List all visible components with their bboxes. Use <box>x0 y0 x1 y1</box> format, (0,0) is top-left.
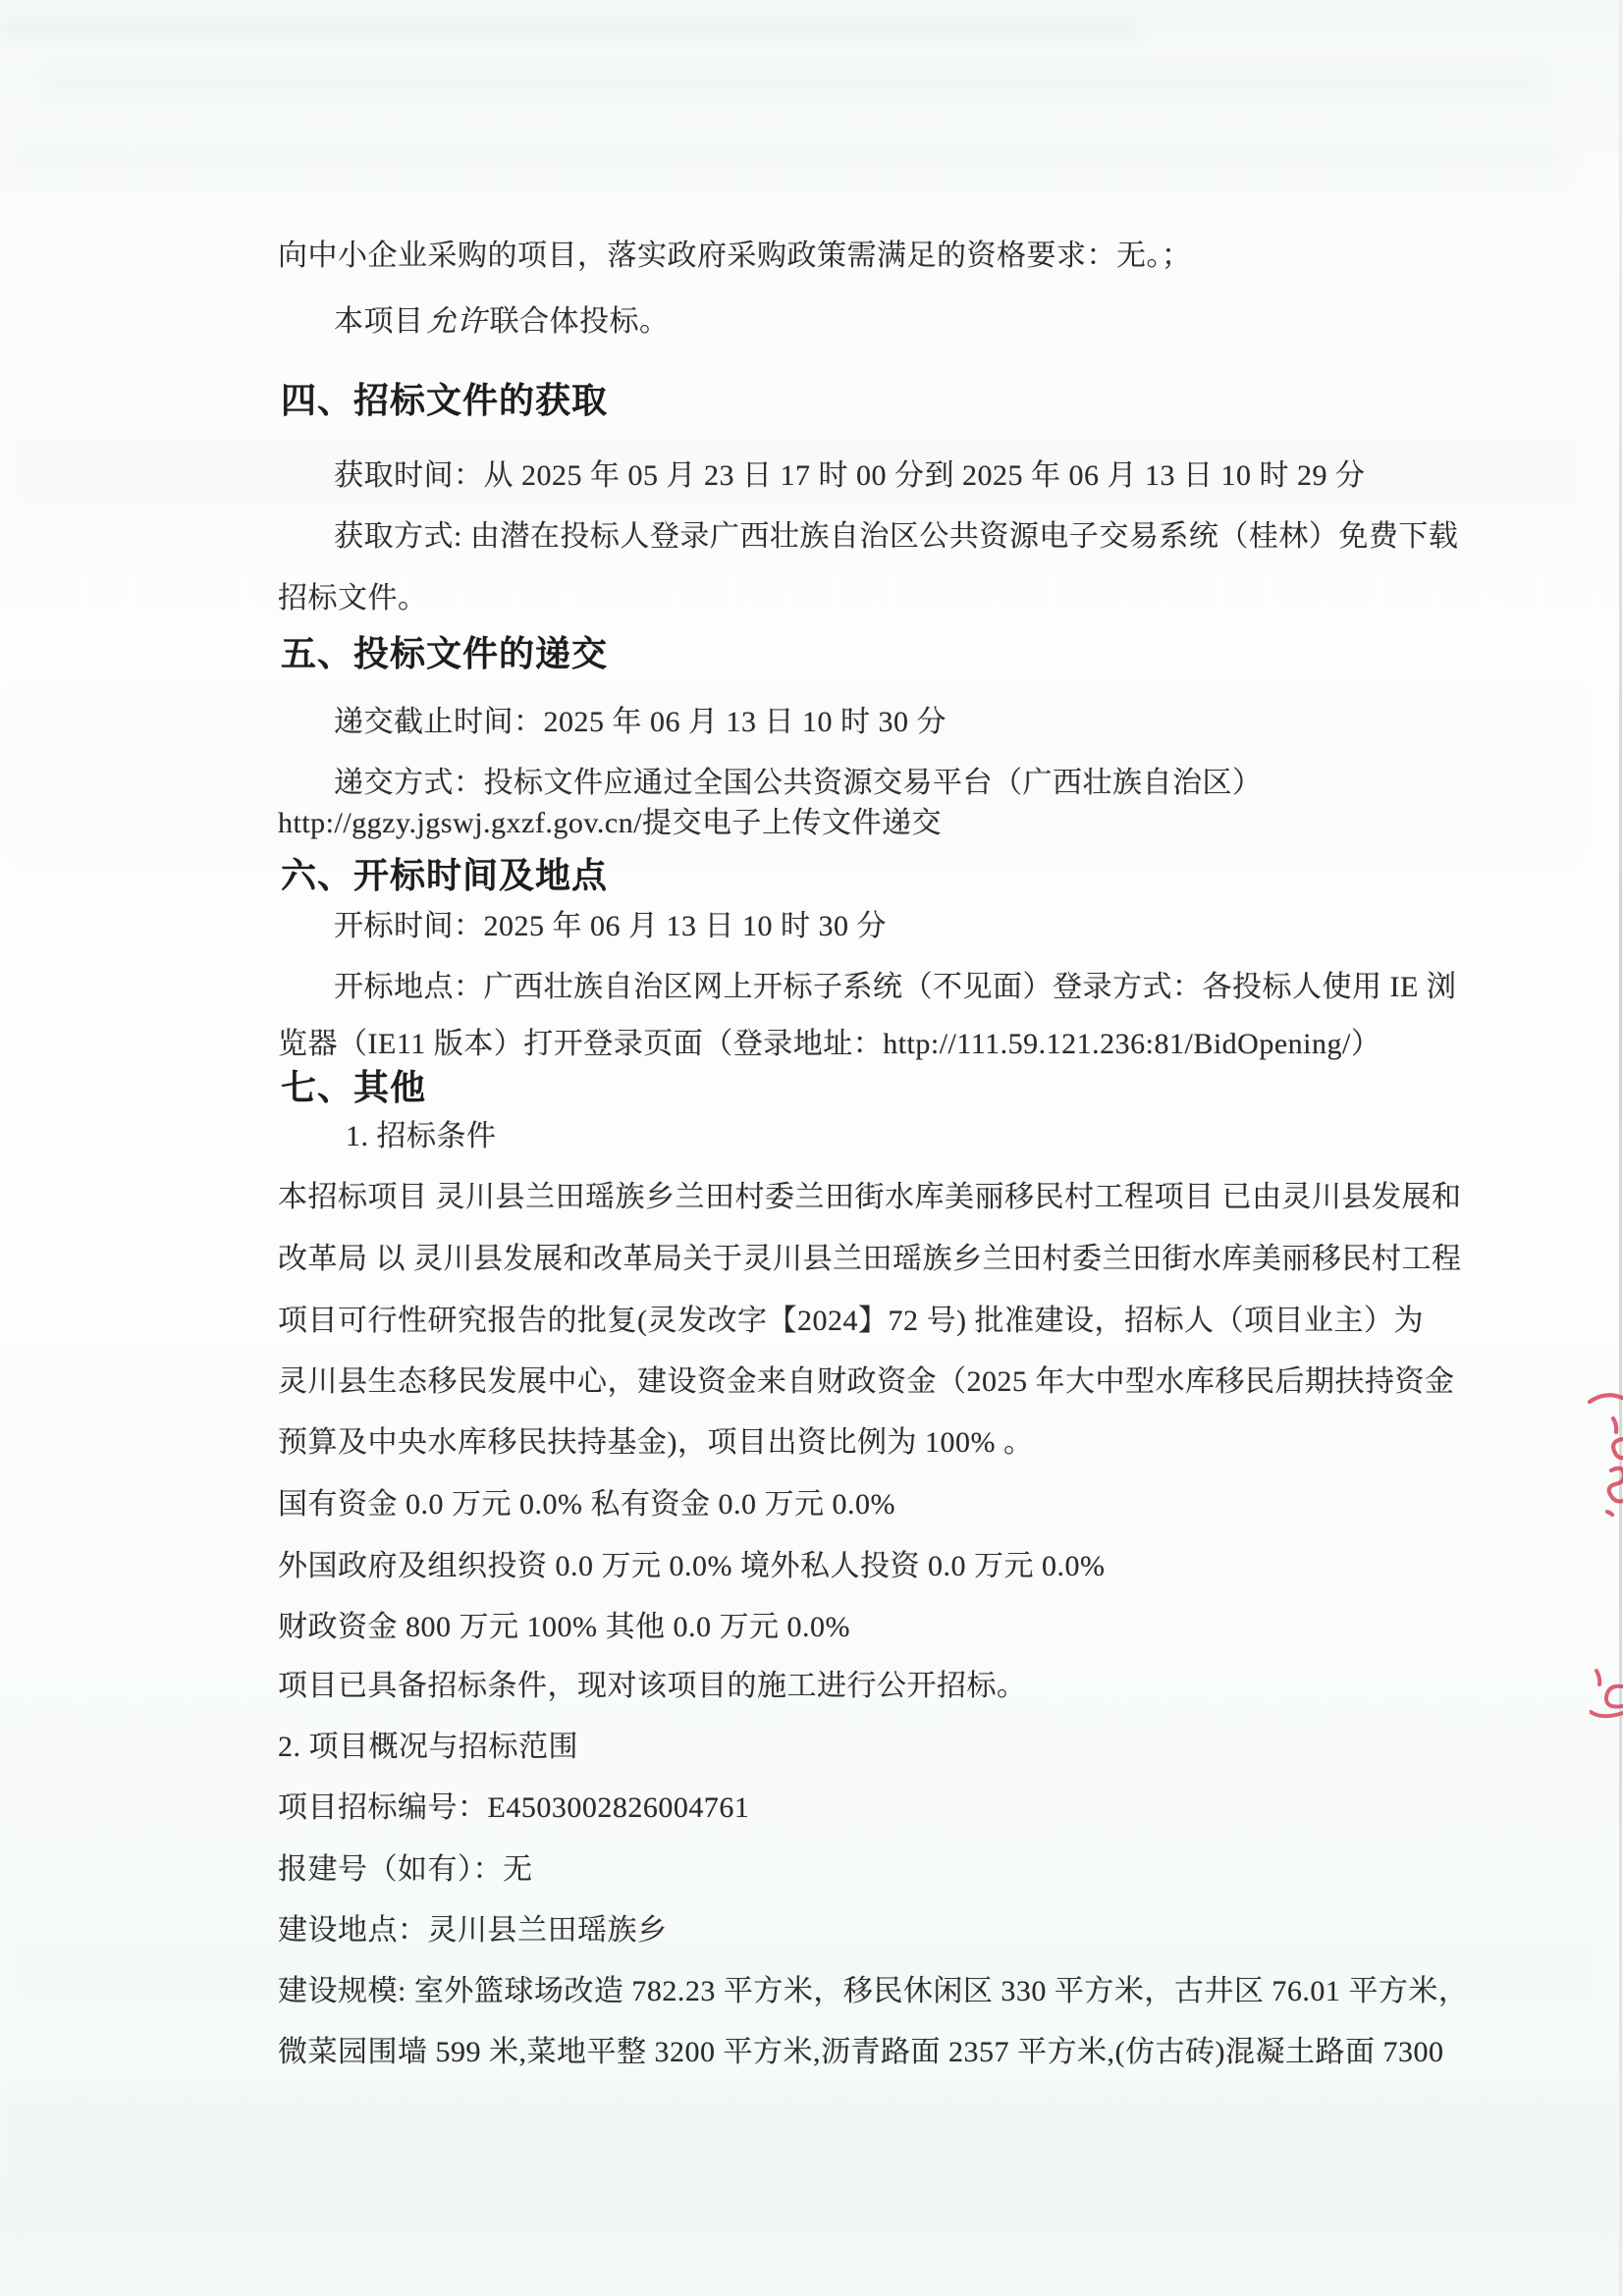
bid-number-line: 项目招标编号：E4503002826004761 <box>278 1790 749 1826</box>
submit-url-line: http://ggzy.jgswj.gxzf.gov.cn/提交电子上传文件递交 <box>278 806 942 841</box>
page-scan-edge <box>1619 0 1622 2296</box>
scan-bleed-artifact <box>0 2089 1623 2236</box>
section-obtain-heading: 四、招标文件的获取 <box>281 383 608 418</box>
item-1-heading: 1. 招标条件 <box>346 1119 497 1154</box>
obtain-time-line: 获取时间：从 2025 年 05 月 23 日 17 时 00 分到 2025 … <box>334 458 1366 494</box>
condition-line-3: 项目可行性研究报告的批复(灵发改字【2024】72 号) 批准建设，招标人（项目… <box>278 1304 1424 1339</box>
opening-place-line-2: 览器（IE11 版本）打开登录页面（登录地址：http://111.59.121… <box>278 1027 1380 1062</box>
opening-place-line-1: 开标地点：广西壮族自治区网上开标子系统（不见面）登录方式：各投标人使用 IE 浏 <box>334 970 1456 1005</box>
ready-line: 项目已具备招标条件，现对该项目的施工进行公开招标。 <box>278 1669 1027 1704</box>
opening-time-line: 开标时间：2025 年 06 月 13 日 10 时 30 分 <box>334 909 887 944</box>
section-opening-heading: 六、开标时间及地点 <box>281 858 608 893</box>
red-handwritten-annotation-1 <box>1586 1386 1623 1522</box>
consortium-line: 本项目允许联合体投标。 <box>334 304 670 340</box>
funds-state-private-line: 国有资金 0.0 万元 0.0% 私有资金 0.0 万元 0.0% <box>278 1487 895 1522</box>
condition-line-4: 灵川县生态移民发展中心，建设资金来自财政资金（2025 年大中型水库移民后期扶持… <box>278 1364 1455 1400</box>
location-line: 建设地点：灵川县兰田瑶族乡 <box>278 1913 668 1949</box>
submit-method-line-1: 递交方式：投标文件应通过全国公共资源交易平台（广西壮族自治区） <box>334 766 1263 801</box>
obtain-method-line-2: 招标文件。 <box>278 581 428 616</box>
scale-line-1: 建设规模: 室外篮球场改造 782.23 平方米，移民休闲区 330 平方米，古… <box>278 1974 1468 2009</box>
funds-foreign-line: 外国政府及组织投资 0.0 万元 0.0% 境外私人投资 0.0 万元 0.0% <box>278 1549 1105 1584</box>
scale-line-2: 微菜园围墙 599 米,菜地平整 3200 平方米,沥青路面 2357 平方米,… <box>278 2035 1443 2070</box>
scanned-document-page: 向中小企业采购的项目，落实政府采购政策需满足的资格要求：无。； 本项目允许联合体… <box>0 0 1623 2296</box>
item-2-heading: 2. 项目概况与招标范围 <box>278 1730 578 1765</box>
obtain-method-line-1: 获取方式: 由潜在投标人登录广西壮族自治区公共资源电子交易系统（桂林）免费下载 <box>334 519 1458 555</box>
submit-deadline-line: 递交截止时间：2025 年 06 月 13 日 10 时 30 分 <box>334 705 947 740</box>
consortium-suffix: 联合体投标。 <box>490 305 670 338</box>
condition-line-1: 本招标项目 灵川县兰田瑶族乡兰田村委兰田街水库美丽移民村工程项目 已由灵川县发展… <box>278 1180 1462 1215</box>
section-other-heading: 七、其他 <box>281 1070 426 1105</box>
funds-fiscal-line: 财政资金 800 万元 100% 其他 0.0 万元 0.0% <box>278 1610 850 1645</box>
scan-bleed-artifact <box>39 65 1551 108</box>
consortium-prefix: 本项目 <box>334 305 424 338</box>
condition-line-5: 预算及中央水库移民扶持基金)，项目出资比例为 100% 。 <box>278 1425 1033 1461</box>
scan-bleed-artifact <box>0 22 1139 35</box>
red-handwritten-annotation-2 <box>1590 1663 1623 1720</box>
smb-requirement-line: 向中小企业采购的项目，落实政府采购政策需满足的资格要求：无。； <box>278 239 1192 274</box>
filing-number-line: 报建号（如有）：无 <box>278 1852 533 1888</box>
consortium-emphasis: 允许 <box>424 305 490 338</box>
section-submit-heading: 五、投标文件的递交 <box>281 636 608 671</box>
scan-bleed-artifact <box>0 137 1571 190</box>
condition-line-2: 改革局 以 灵川县发展和改革局关于灵川县兰田瑶族乡兰田村委兰田街水库美丽移民村工… <box>278 1242 1462 1277</box>
